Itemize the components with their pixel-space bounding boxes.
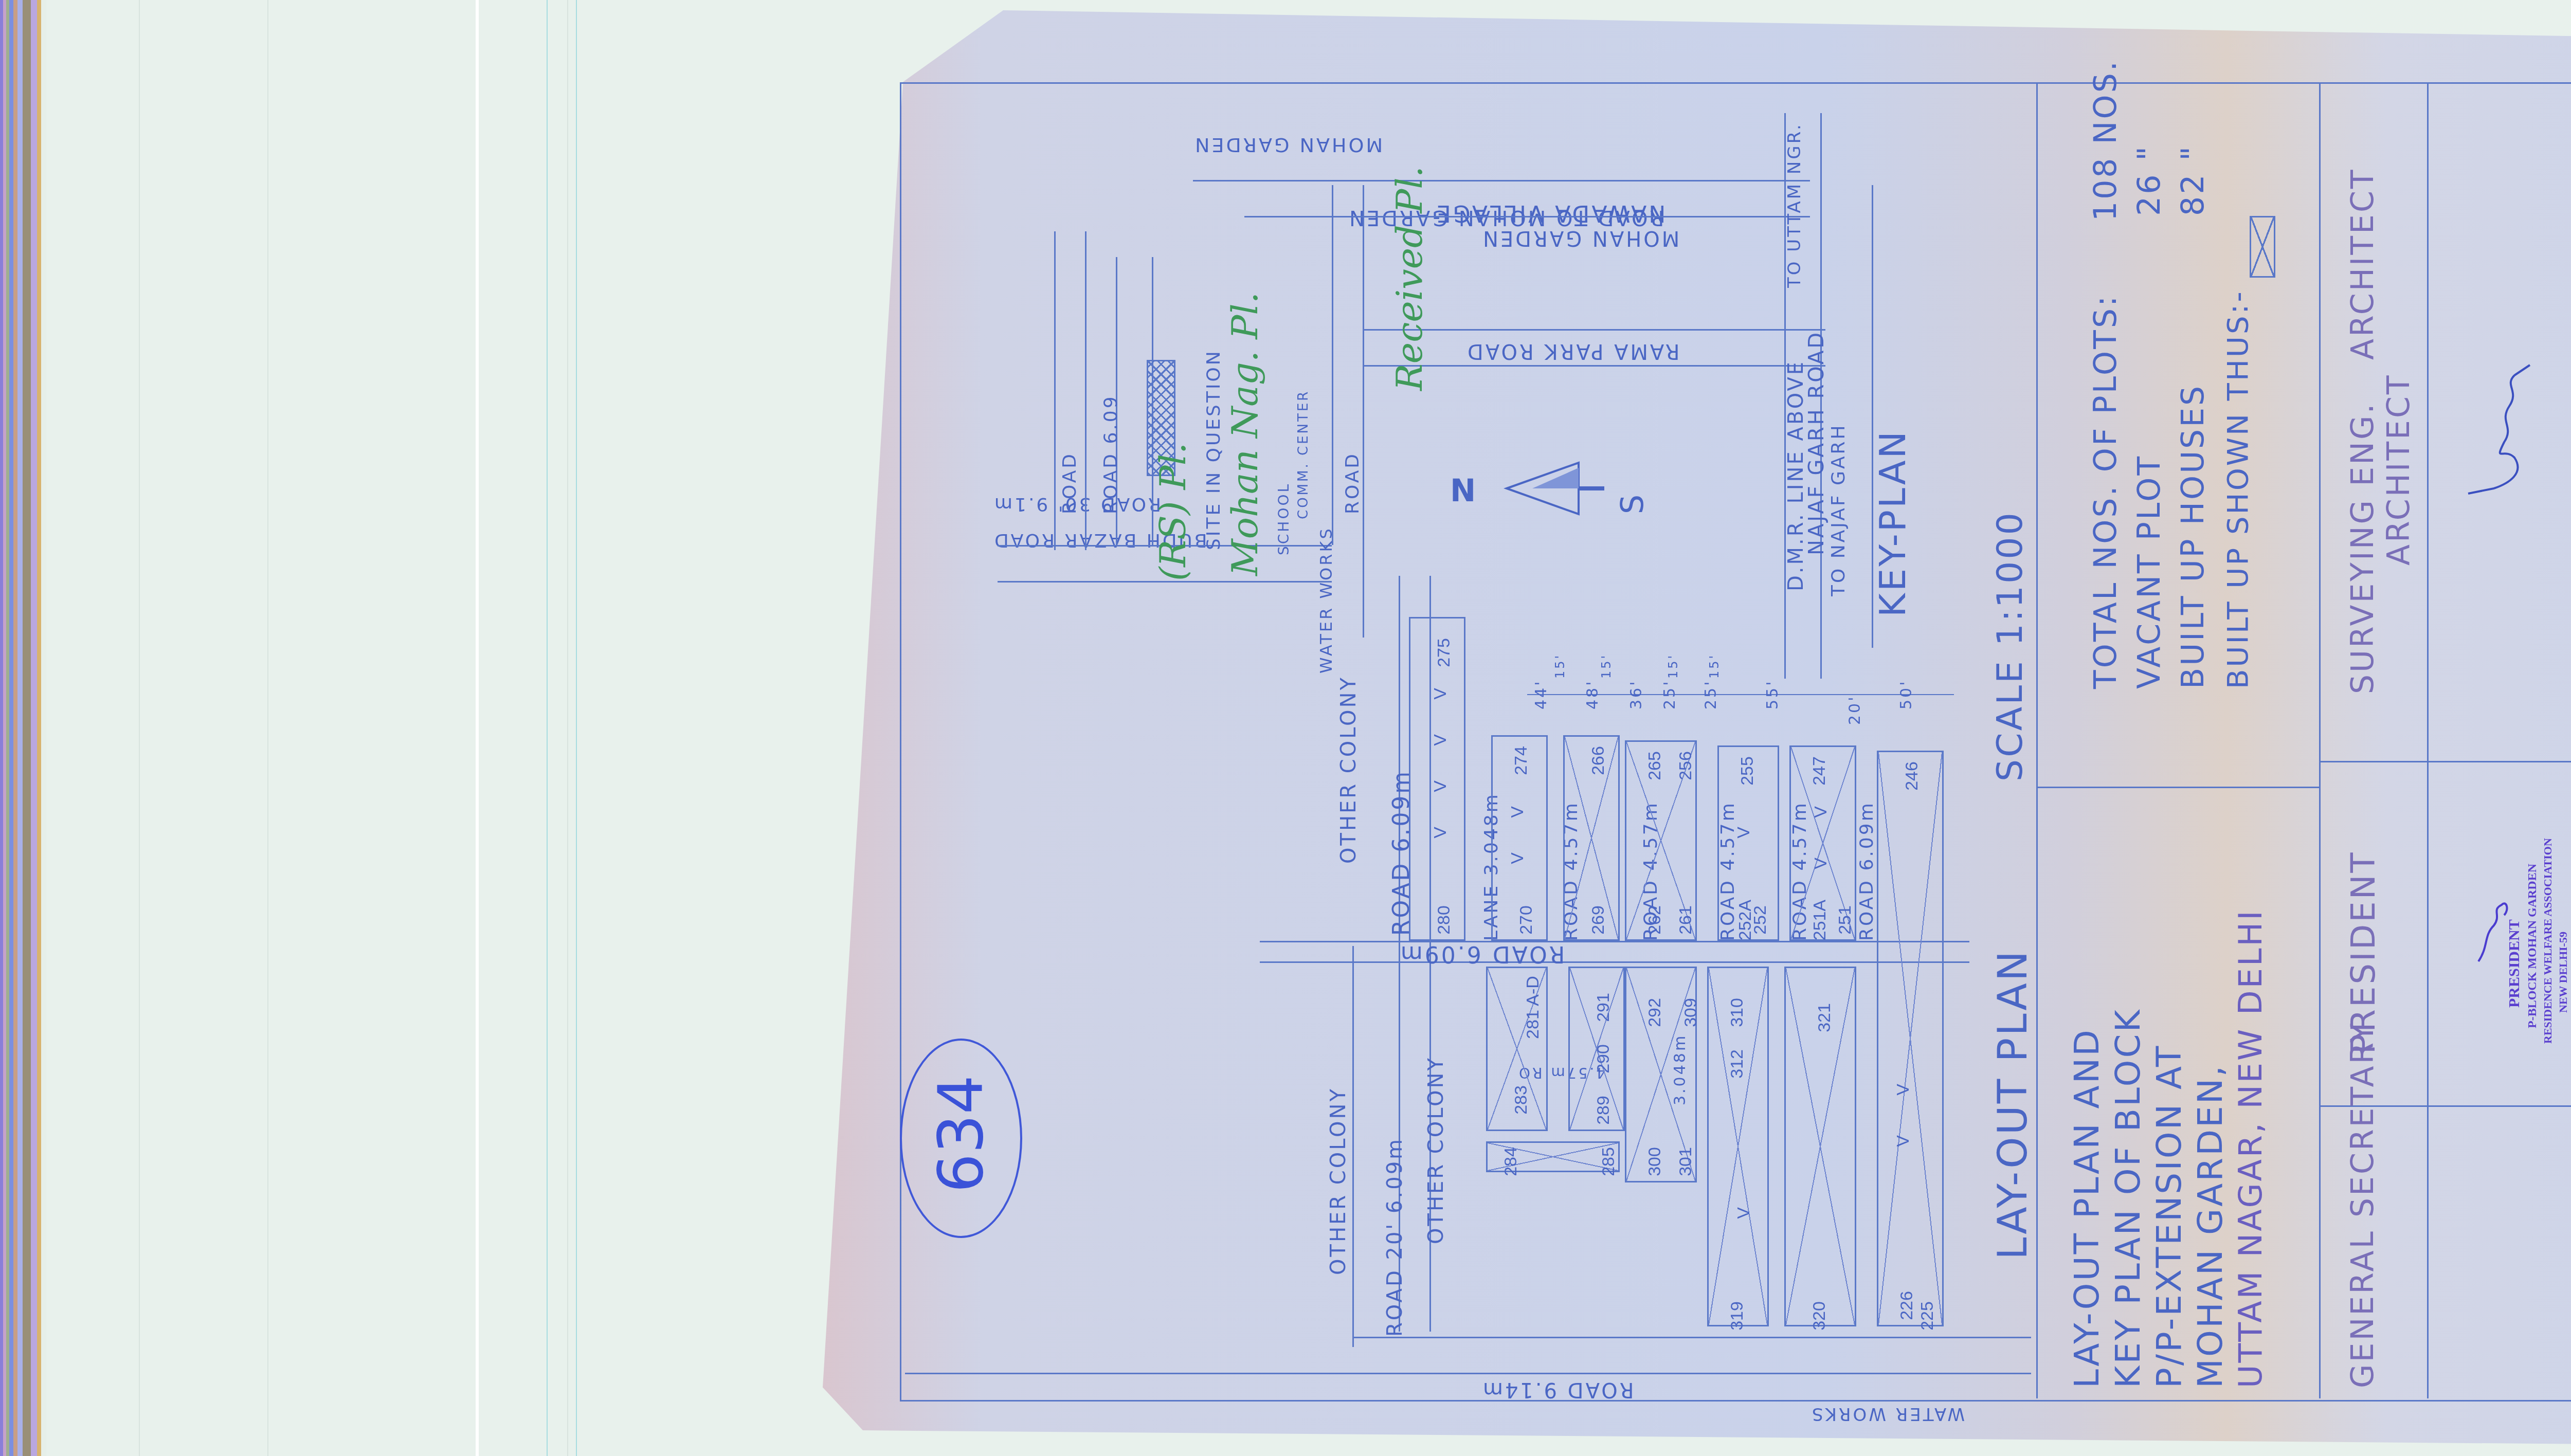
key-plan-border: [905, 82, 2036, 84]
plot-number: 247: [1809, 756, 1830, 786]
key-plan-road-line: [1332, 185, 1333, 545]
plot-number: 251A: [1810, 900, 1830, 940]
legend-total-label: TOTAL NOS. OF PLOTS:: [2088, 294, 2124, 689]
plot-number: 225: [1917, 1301, 1938, 1331]
key-plan-road-label: ROAD: [1342, 452, 1363, 514]
road-label-20ft: ROAD 20' 6.09m: [1383, 1137, 1407, 1337]
president-stamp-line: P-BLOCK MOHAN GARDEN: [2525, 864, 2540, 1028]
layout-road-line: [1352, 1337, 2031, 1338]
legend-symbol-label: BUILT UP SHOWN THUS:-: [2221, 289, 2255, 689]
dimension-label: 55': [1764, 680, 1782, 709]
plot-number: 321: [1815, 1003, 1835, 1032]
road-label-914: ROAD 9.14m: [1481, 1378, 1634, 1402]
surveying-eng-label: SURVEYING ENG.: [2345, 402, 2381, 694]
dimension-label: 20': [1846, 695, 1864, 725]
architect-label-2: ARCHITECT: [2381, 373, 2417, 566]
plot-number: 290: [1594, 1044, 1614, 1073]
plot-number: 312: [1727, 1049, 1747, 1079]
plot-number: 269: [1588, 905, 1608, 935]
key-plan-road-line: [1244, 216, 1810, 217]
dimension-label: 25': [1702, 680, 1720, 709]
title-line-3: P/P-EXTENSION AT: [2149, 1044, 2189, 1388]
vacant-marker: V: [1734, 1207, 1754, 1219]
key-plan-label-mohan-garden-2: MOHAN GARDEN: [1481, 226, 1679, 250]
comm-center-label: COMM. CENTER: [1296, 390, 1311, 519]
plot-number: 252: [1750, 905, 1770, 935]
green-annotation: (RS) Pl.: [1152, 443, 1194, 581]
sheet-number: 634: [926, 1075, 997, 1193]
title-block-divider: [2036, 82, 2038, 1398]
plot-number: 226: [1897, 1291, 1917, 1320]
key-plan-label-mohan-garden: MOHAN GARDEN: [1193, 134, 1383, 156]
plot-number: 301: [1676, 1147, 1696, 1176]
layout-road-line: [1260, 961, 1969, 963]
architect-signature-icon: [2463, 360, 2535, 524]
plot-number: 255: [1737, 756, 1758, 786]
key-plan-label-rama-park: RAMA PARK ROAD: [1465, 339, 1680, 363]
plot-number: 261: [1676, 905, 1696, 935]
scan-line: [139, 0, 140, 1456]
title-block-divider: [2427, 82, 2429, 1398]
plot-number: 319: [1727, 1301, 1747, 1331]
vacant-marker: V: [1508, 852, 1528, 864]
other-colony-label: OTHER COLONY: [1327, 1087, 1350, 1275]
water-works-bottom-label: WATER WORKS: [1810, 1404, 1965, 1424]
plot-number: 320: [1809, 1301, 1830, 1331]
road-label-609-mid: ROAD 6.09m: [1399, 941, 1565, 967]
dimension-label: 15': [1553, 653, 1567, 679]
key-plan-road-line: [998, 581, 1332, 583]
vacant-marker: V: [1811, 858, 1831, 869]
dimension-label: 44': [1532, 680, 1550, 709]
dimension-label: 25': [1661, 680, 1679, 709]
key-plan-road-line: [1363, 329, 1825, 331]
plot-number: 251: [1835, 905, 1855, 935]
plot-number: 262: [1645, 905, 1665, 935]
water-works-label: WATER WORKS: [1316, 526, 1336, 674]
vacant-marker: V: [1431, 827, 1451, 839]
legend-vacant-label: VACANT PLOT: [2131, 454, 2167, 689]
title-line-2: KEY PLAN OF BLOCK: [2108, 1008, 2148, 1388]
layout-road-line: [1352, 946, 1354, 1347]
vacant-marker: V: [1431, 780, 1451, 792]
president-stamp-line: NEW DELHI-59: [2556, 932, 2571, 1013]
title-line-1: LAY-OUT PLAN AND: [2067, 1028, 2107, 1388]
site-in-question-label: SITE IN QUESTION: [1203, 349, 1224, 550]
architect-label: ARCHITECT: [2345, 168, 2381, 360]
title-block-divider: [2319, 82, 2321, 1398]
title-block-divider: [2036, 787, 2319, 788]
legend-total-value: 108 NOS.: [2088, 59, 2124, 221]
dimension-label: 36': [1627, 680, 1645, 709]
plot-number: 309: [1681, 998, 1701, 1027]
title-line-4: MOHAN GARDEN,: [2190, 1064, 2230, 1388]
scan-artifact-streaks: [0, 0, 46, 1456]
key-plan-road-line: [1193, 180, 1810, 181]
vacant-marker: V: [1734, 827, 1754, 839]
vacant-marker: V: [1811, 806, 1831, 818]
plot-number: 270: [1516, 905, 1536, 935]
plot-number: 292: [1645, 998, 1665, 1027]
legend-built-label: BUILT UP HOUSES: [2175, 384, 2211, 689]
vacant-marker: V: [1893, 1084, 1913, 1096]
plot-block-246-225: [1877, 751, 1944, 1326]
built-up-symbol-icon: [2250, 216, 2275, 278]
key-plan-road-line: [1363, 185, 1364, 638]
plot-number: 281 A-D: [1523, 976, 1543, 1039]
plot-number: 274: [1511, 746, 1531, 775]
plot-number: 265: [1645, 751, 1665, 780]
vacant-marker: V: [1508, 806, 1528, 818]
najafgarh-road-label: NAJAF GARH ROAD: [1805, 331, 1828, 555]
key-plan-road-line: [1054, 231, 1056, 550]
plot-number: 280: [1434, 905, 1454, 935]
layout-road-line: [905, 1373, 2031, 1374]
title-line-5: UTTAM NAGAR, NEW DELHI: [2232, 909, 2269, 1388]
president-stamp-line: PRESIDENT: [2507, 919, 2522, 1008]
plot-number: 310: [1727, 998, 1747, 1027]
dimension-label: 15': [1707, 653, 1722, 679]
scale-label: SCALE 1:1000: [1990, 511, 2031, 781]
compass-north-label: N: [1450, 473, 1478, 509]
key-plan-road-line: [1363, 365, 1825, 367]
other-colony-label: OTHER COLONY: [1424, 1056, 1448, 1244]
layout-road-line: [1260, 941, 1969, 942]
legend-vacant-value: 26 ": [2131, 144, 2167, 216]
key-plan-road-line: [1085, 231, 1087, 550]
president-stamp-line: RESIDENCE WELFARE ASSOCIATION: [2540, 838, 2556, 1044]
scan-line: [547, 0, 548, 1456]
compass-south-label: S: [1615, 493, 1651, 514]
dimension-label: 48': [1584, 680, 1602, 709]
legend-built-value: 82 ": [2175, 144, 2211, 216]
scan-line: [476, 0, 479, 1456]
scan-line: [576, 0, 577, 1456]
green-annotation: Received Pl.: [1388, 166, 1431, 391]
plot-number: 289: [1594, 1096, 1614, 1125]
plot-number: 246: [1902, 761, 1922, 791]
plot-number: 291: [1594, 993, 1614, 1022]
vacant-marker: V: [1431, 688, 1451, 700]
vacant-marker: V: [1893, 1135, 1913, 1147]
to-uttam-nagar-label: TO UTTAM NGR.: [1784, 122, 1805, 288]
key-plan-road-label: ROAD 6.09: [1100, 394, 1121, 514]
dimension-label: 50': [1897, 680, 1915, 709]
green-annotation: Mohan Nag. Pl.: [1224, 292, 1266, 576]
road-label-609-right: ROAD 6.09m: [1856, 801, 1877, 941]
general-secretary-label: GENERAL SECRETARY: [2345, 1022, 2381, 1388]
plot-number: 266: [1588, 746, 1608, 775]
dimension-label: 15': [1666, 653, 1680, 679]
key-plan-title: KEY-PLAN: [1872, 429, 1914, 617]
key-plan-road-label: ROAD: [1059, 452, 1080, 514]
other-colony-label: OTHER COLONY: [1337, 676, 1361, 864]
plot-number: 284: [1501, 1147, 1521, 1176]
plot-number: 285: [1599, 1147, 1619, 1176]
scan-line: [567, 0, 568, 1456]
plot-number: 256: [1676, 751, 1696, 780]
school-label: SCHOOL: [1275, 482, 1292, 555]
title-block-divider: [2319, 761, 2571, 762]
dimension-label: 15': [1599, 653, 1614, 679]
layout-plan-heading: LAY-OUT PLAN: [1990, 949, 2036, 1260]
plot-number: 300: [1645, 1147, 1665, 1176]
plot-number: 283: [1511, 1085, 1531, 1115]
to-najafgarh-label: TO NAJAF GARH: [1828, 423, 1849, 596]
scan-line: [267, 0, 268, 1456]
president-label: PRESIDENT: [2345, 850, 2383, 1054]
plot-number: 275: [1434, 638, 1454, 667]
vacant-marker: V: [1431, 734, 1451, 746]
